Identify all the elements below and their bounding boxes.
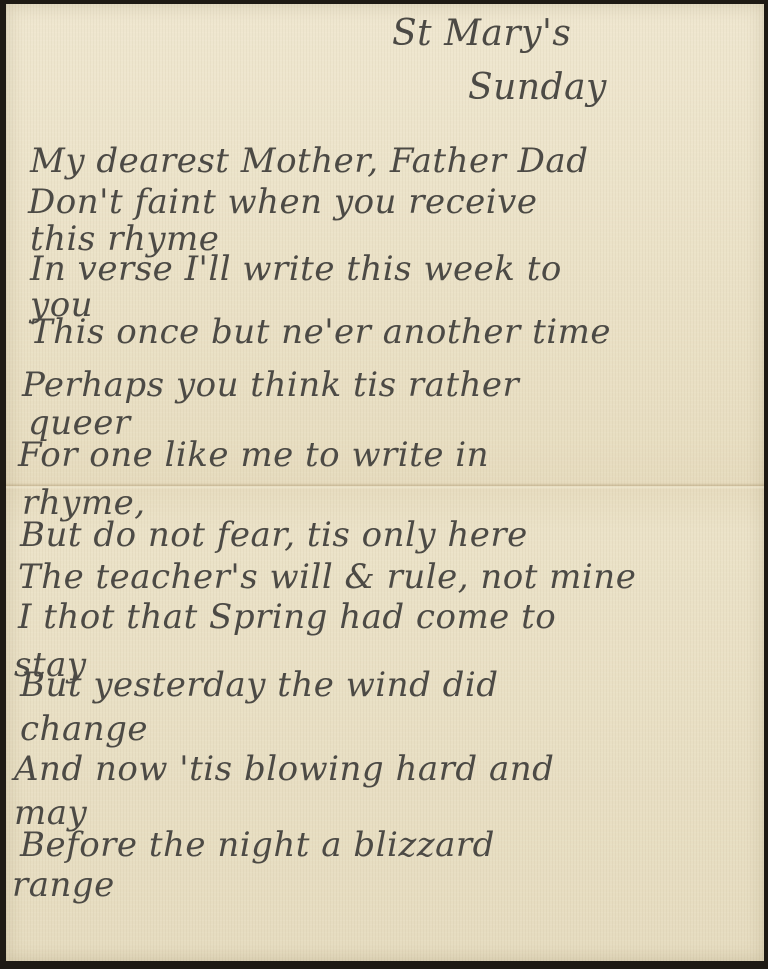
letter-line: In verse I'll write this week to: [30, 252, 562, 286]
letter-place: St Mary's: [392, 16, 571, 52]
letter-line: change: [20, 712, 148, 746]
letter-line: But do not fear, tis only here: [20, 518, 528, 552]
letter-line: Perhaps you think tis rather: [22, 368, 519, 402]
letter-line: range: [12, 868, 115, 902]
letter-line: This once but ne'er another time: [30, 315, 611, 349]
scanned-letter: St Mary's Sunday My dearest Mother, Fath…: [0, 0, 768, 969]
letter-day: Sunday: [468, 70, 607, 106]
letter-line: And now 'tis blowing hard and: [14, 752, 554, 786]
letter-line: I thot that Spring had come to: [18, 600, 556, 634]
letter-line: Don't faint when you receive: [28, 185, 538, 219]
letter-line: For one like me to write in: [18, 438, 489, 472]
letter-line: But yesterday the wind did: [20, 668, 499, 702]
letter-line: The teacher's will & rule, not mine: [18, 560, 636, 594]
letter-line: My dearest Mother, Father Dad: [30, 144, 588, 178]
letter-line: Before the night a blizzard: [20, 828, 495, 862]
